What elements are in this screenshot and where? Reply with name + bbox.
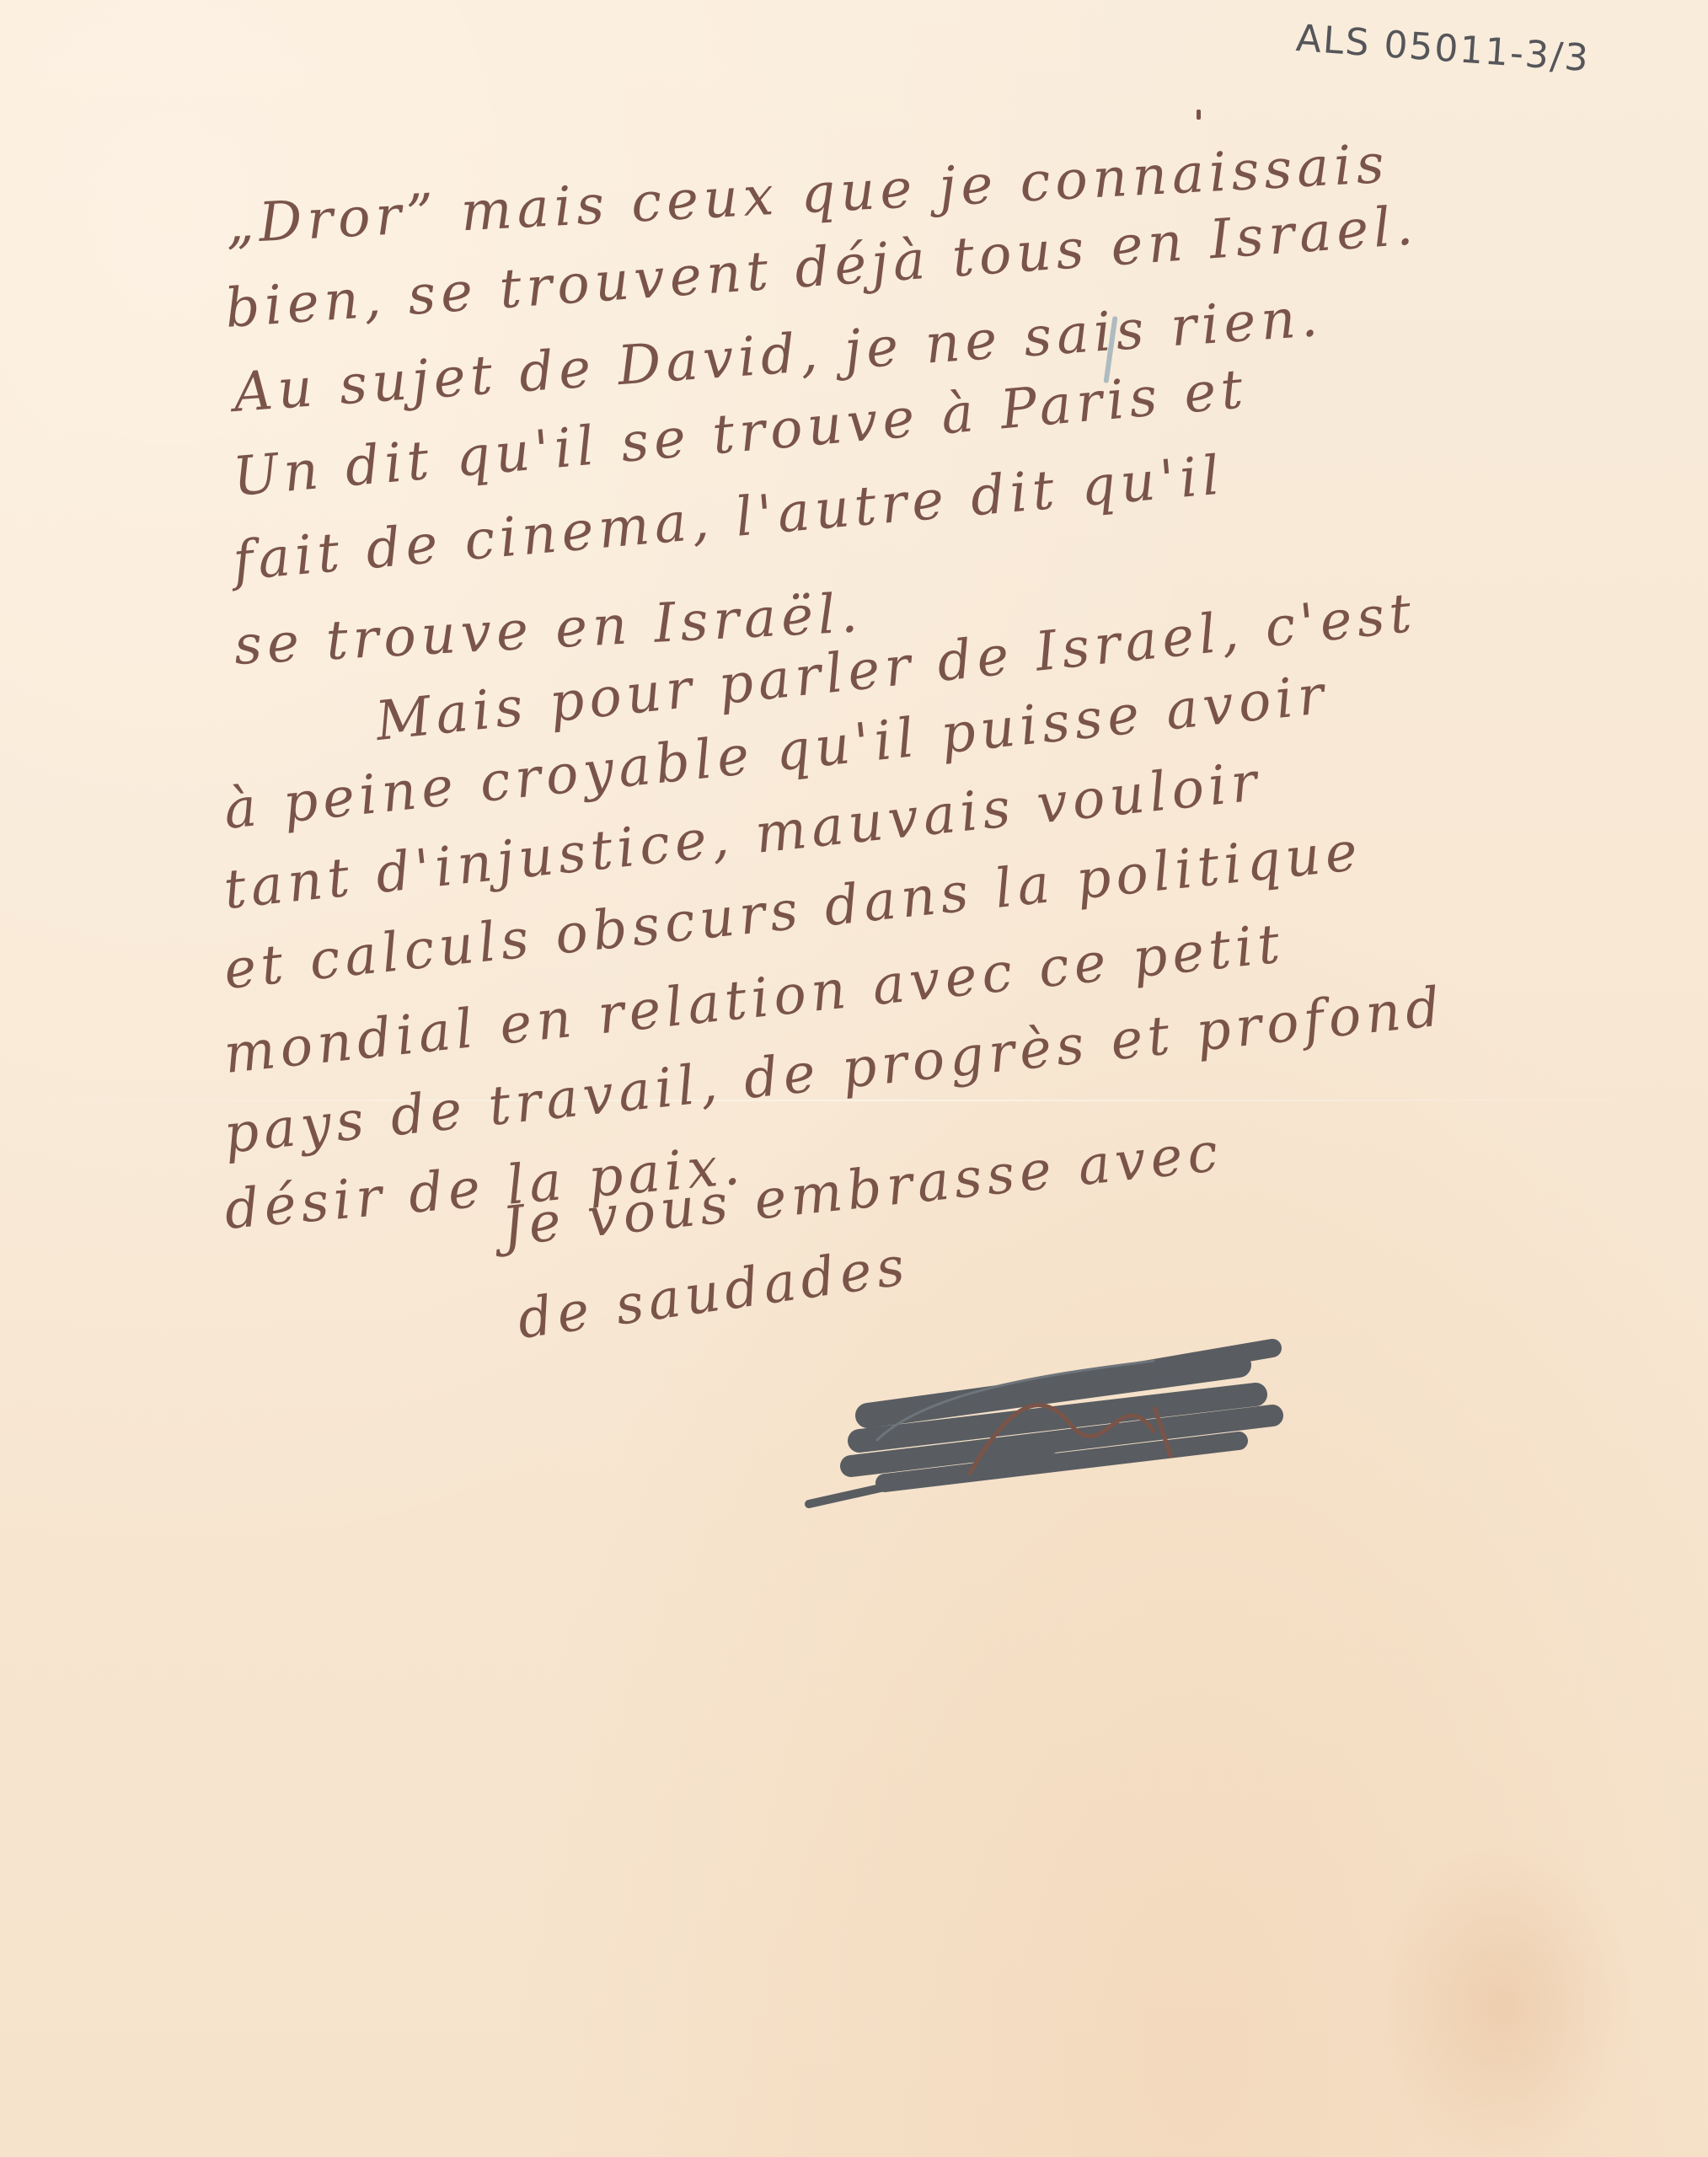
letter-page: ALS 05011-3/3 „Dror” mais ceux que je co… xyxy=(0,0,1708,2157)
ink-dot xyxy=(1197,110,1201,120)
signature-scribble xyxy=(800,1314,1323,1508)
archive-reference: ALS 05011-3/3 xyxy=(1294,17,1591,80)
closing-line: Je vous embrasse avec xyxy=(499,1121,1225,1259)
